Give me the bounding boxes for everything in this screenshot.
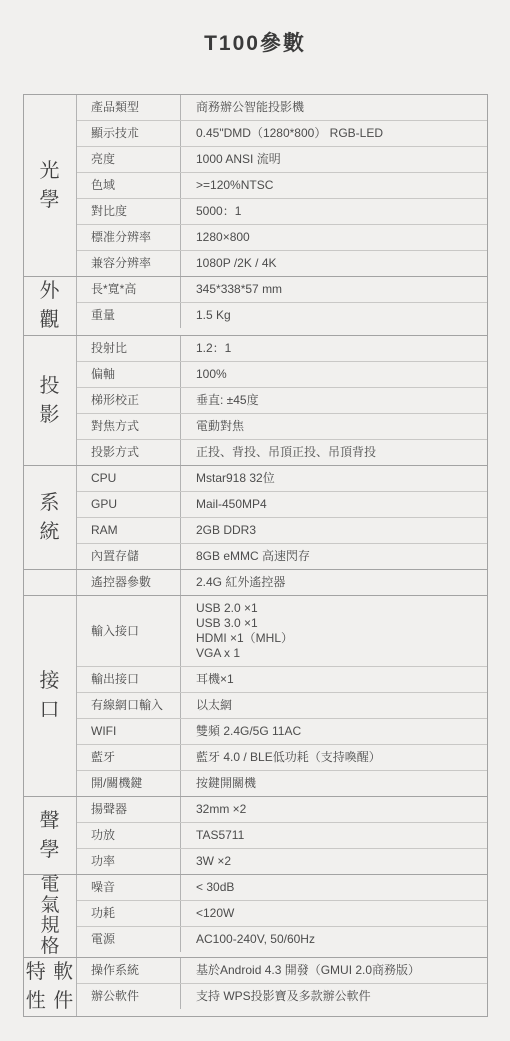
spec-row: 輸入接口USB 2.0 ×1 USB 3.0 ×1 HDMI ×1（MHL） V…: [77, 596, 487, 667]
spec-section-features-software: 特 軟 性 件操作系統基於Android 4.3 開發（GMUI 2.0商務版）…: [24, 958, 487, 1016]
spec-row: 重量1.5 Kg: [77, 303, 487, 328]
spec-row: 遙控器參數2.4G 紅外遙控器: [77, 570, 487, 595]
section-rows: 產品類型商務辦公智能投影機顯示技朮0.45"DMD（1280*800） RGB-…: [77, 95, 487, 276]
spec-section-projection: 投 影投射比1.2：1偏軸100%梯形校正垂直: ±45度對焦方式電動對焦投影方…: [24, 336, 487, 466]
param-value: 商務辦公智能投影機: [181, 95, 487, 120]
section-label: 光 學: [24, 95, 77, 276]
param-value: USB 2.0 ×1 USB 3.0 ×1 HDMI ×1（MHL） VGA x…: [181, 596, 487, 666]
param-name: 功放: [77, 823, 181, 848]
param-value: 5000：1: [181, 199, 487, 224]
param-value: 以太網: [181, 693, 487, 718]
param-value: < 30dB: [181, 875, 487, 900]
param-name: 功耗: [77, 901, 181, 926]
param-name: WIFI: [77, 719, 181, 744]
param-name: 長*寬*高: [77, 277, 181, 302]
spec-row: 辦公軟件支持 WPS投影寶及多款辦公軟件: [77, 984, 487, 1009]
spec-row: 內置存儲8GB eMMC 高速閃存: [77, 544, 487, 569]
param-name: 開/關機鍵: [77, 771, 181, 796]
section-label: 聲 學: [24, 797, 77, 874]
spec-section-electrical: 電 氣 規 格噪音< 30dB功耗<120W電源AC100-240V, 50/6…: [24, 875, 487, 958]
spec-section-remote: 遙控器參數2.4G 紅外遙控器: [24, 570, 487, 596]
param-value: 雙頻 2.4G/5G 11AC: [181, 719, 487, 744]
spec-row: 功率3W ×2: [77, 849, 487, 874]
param-name: 兼容分辨率: [77, 251, 181, 276]
param-value: 2.4G 紅外遙控器: [181, 570, 487, 595]
param-name: 內置存儲: [77, 544, 181, 569]
spec-row: 顯示技朮0.45"DMD（1280*800） RGB-LED: [77, 121, 487, 147]
param-name: 功率: [77, 849, 181, 874]
spec-row: 投射比1.2：1: [77, 336, 487, 362]
param-value: 8GB eMMC 高速閃存: [181, 544, 487, 569]
param-name: CPU: [77, 466, 181, 491]
param-name: 遙控器參數: [77, 570, 181, 595]
section-rows: 長*寬*高345*338*57 mm重量1.5 Kg: [77, 277, 487, 335]
section-label: [24, 570, 77, 595]
section-rows: 噪音< 30dB功耗<120W電源AC100-240V, 50/60Hz: [77, 875, 487, 957]
spec-section-appearance: 外 觀長*寬*高345*338*57 mm重量1.5 Kg: [24, 277, 487, 336]
param-name: RAM: [77, 518, 181, 543]
param-name: 揚聲器: [77, 797, 181, 822]
spec-row: 對焦方式電動對焦: [77, 414, 487, 440]
spec-row: 輸出接口耳機×1: [77, 667, 487, 693]
spec-row: 揚聲器32mm ×2: [77, 797, 487, 823]
spec-row: 藍牙藍牙 4.0 / BLE低功耗（支持喚醒）: [77, 745, 487, 771]
param-name: 對比度: [77, 199, 181, 224]
param-value: 1.2：1: [181, 336, 487, 361]
param-value: 345*338*57 mm: [181, 277, 487, 302]
param-name: 色域: [77, 173, 181, 198]
section-label: 外 觀: [24, 277, 77, 335]
param-value: 電動對焦: [181, 414, 487, 439]
param-name: 有線網口輸入: [77, 693, 181, 718]
param-value: <120W: [181, 901, 487, 926]
spec-row: RAM2GB DDR3: [77, 518, 487, 544]
param-value: 32mm ×2: [181, 797, 487, 822]
spec-section-ports: 接 口輸入接口USB 2.0 ×1 USB 3.0 ×1 HDMI ×1（MHL…: [24, 596, 487, 797]
section-rows: CPUMstar918 32位GPUMail-450MP4RAM2GB DDR3…: [77, 466, 487, 569]
param-name: 產品類型: [77, 95, 181, 120]
section-label: 系 統: [24, 466, 77, 569]
spec-row: 投影方式正投、背投、吊頂正投、吊頂背投: [77, 440, 487, 465]
spec-row: 操作系統基於Android 4.3 開發（GMUI 2.0商務版）: [77, 958, 487, 984]
param-value: Mstar918 32位: [181, 466, 487, 491]
spec-row: 色域>=120%NTSC: [77, 173, 487, 199]
section-label: 投 影: [24, 336, 77, 465]
section-label: 電 氣 規 格: [24, 875, 77, 957]
param-value: 垂直: ±45度: [181, 388, 487, 413]
section-rows: 揚聲器32mm ×2功放TAS5711功率3W ×2: [77, 797, 487, 874]
param-name: 輸入接口: [77, 596, 181, 666]
param-name: 亮度: [77, 147, 181, 172]
spec-row: 偏軸100%: [77, 362, 487, 388]
section-label: 接 口: [24, 596, 77, 796]
spec-row: 標准分辨率1280×800: [77, 225, 487, 251]
param-name: 辦公軟件: [77, 984, 181, 1009]
param-value: 正投、背投、吊頂正投、吊頂背投: [181, 440, 487, 465]
param-name: 藍牙: [77, 745, 181, 770]
spec-row: GPUMail-450MP4: [77, 492, 487, 518]
section-rows: 操作系統基於Android 4.3 開發（GMUI 2.0商務版）辦公軟件支持 …: [77, 958, 487, 1016]
param-value: 1280×800: [181, 225, 487, 250]
param-value: TAS5711: [181, 823, 487, 848]
param-name: 重量: [77, 303, 181, 328]
param-name: 電源: [77, 927, 181, 952]
param-value: 1.5 Kg: [181, 303, 487, 328]
spec-row: WIFI雙頻 2.4G/5G 11AC: [77, 719, 487, 745]
param-name: 顯示技朮: [77, 121, 181, 146]
spec-row: 長*寬*高345*338*57 mm: [77, 277, 487, 303]
param-name: 投影方式: [77, 440, 181, 465]
spec-section-acoustics: 聲 學揚聲器32mm ×2功放TAS5711功率3W ×2: [24, 797, 487, 875]
param-name: 輸出接口: [77, 667, 181, 692]
param-name: 梯形校正: [77, 388, 181, 413]
section-rows: 投射比1.2：1偏軸100%梯形校正垂直: ±45度對焦方式電動對焦投影方式正投…: [77, 336, 487, 465]
spec-section-system: 系 統CPUMstar918 32位GPUMail-450MP4RAM2GB D…: [24, 466, 487, 570]
param-value: 1000 ANSI 流明: [181, 147, 487, 172]
page-title: T100參數: [0, 27, 510, 57]
param-value: >=120%NTSC: [181, 173, 487, 198]
spec-row: 有線網口輸入以太網: [77, 693, 487, 719]
param-value: 基於Android 4.3 開發（GMUI 2.0商務版）: [181, 958, 487, 983]
spec-page: T100參數 光 學產品類型商務辦公智能投影機顯示技朮0.45"DMD（1280…: [0, 0, 510, 1041]
section-label: 特 軟 性 件: [24, 958, 77, 1016]
spec-row: 梯形校正垂直: ±45度: [77, 388, 487, 414]
param-value: 0.45"DMD（1280*800） RGB-LED: [181, 121, 487, 146]
spec-section-optics: 光 學產品類型商務辦公智能投影機顯示技朮0.45"DMD（1280*800） R…: [24, 95, 487, 277]
param-value: 按鍵開關機: [181, 771, 487, 796]
spec-table: 光 學產品類型商務辦公智能投影機顯示技朮0.45"DMD（1280*800） R…: [23, 94, 488, 1017]
param-name: GPU: [77, 492, 181, 517]
section-rows: 遙控器參數2.4G 紅外遙控器: [77, 570, 487, 595]
param-name: 標准分辨率: [77, 225, 181, 250]
param-value: 2GB DDR3: [181, 518, 487, 543]
param-name: 噪音: [77, 875, 181, 900]
param-value: 藍牙 4.0 / BLE低功耗（支持喚醒）: [181, 745, 487, 770]
spec-row: 對比度5000：1: [77, 199, 487, 225]
spec-row: 開/關機鍵按鍵開關機: [77, 771, 487, 796]
param-name: 投射比: [77, 336, 181, 361]
param-value: 100%: [181, 362, 487, 387]
spec-row: 功耗<120W: [77, 901, 487, 927]
spec-row: 噪音< 30dB: [77, 875, 487, 901]
param-name: 對焦方式: [77, 414, 181, 439]
param-value: AC100-240V, 50/60Hz: [181, 927, 487, 952]
spec-row: CPUMstar918 32位: [77, 466, 487, 492]
param-value: 耳機×1: [181, 667, 487, 692]
spec-row: 產品類型商務辦公智能投影機: [77, 95, 487, 121]
spec-row: 電源AC100-240V, 50/60Hz: [77, 927, 487, 952]
spec-row: 功放TAS5711: [77, 823, 487, 849]
spec-row: 兼容分辨率1080P /2K / 4K: [77, 251, 487, 276]
param-value: 1080P /2K / 4K: [181, 251, 487, 276]
param-name: 偏軸: [77, 362, 181, 387]
section-rows: 輸入接口USB 2.0 ×1 USB 3.0 ×1 HDMI ×1（MHL） V…: [77, 596, 487, 796]
param-value: Mail-450MP4: [181, 492, 487, 517]
spec-row: 亮度1000 ANSI 流明: [77, 147, 487, 173]
param-value: 支持 WPS投影寶及多款辦公軟件: [181, 984, 487, 1009]
param-value: 3W ×2: [181, 849, 487, 874]
param-name: 操作系統: [77, 958, 181, 983]
